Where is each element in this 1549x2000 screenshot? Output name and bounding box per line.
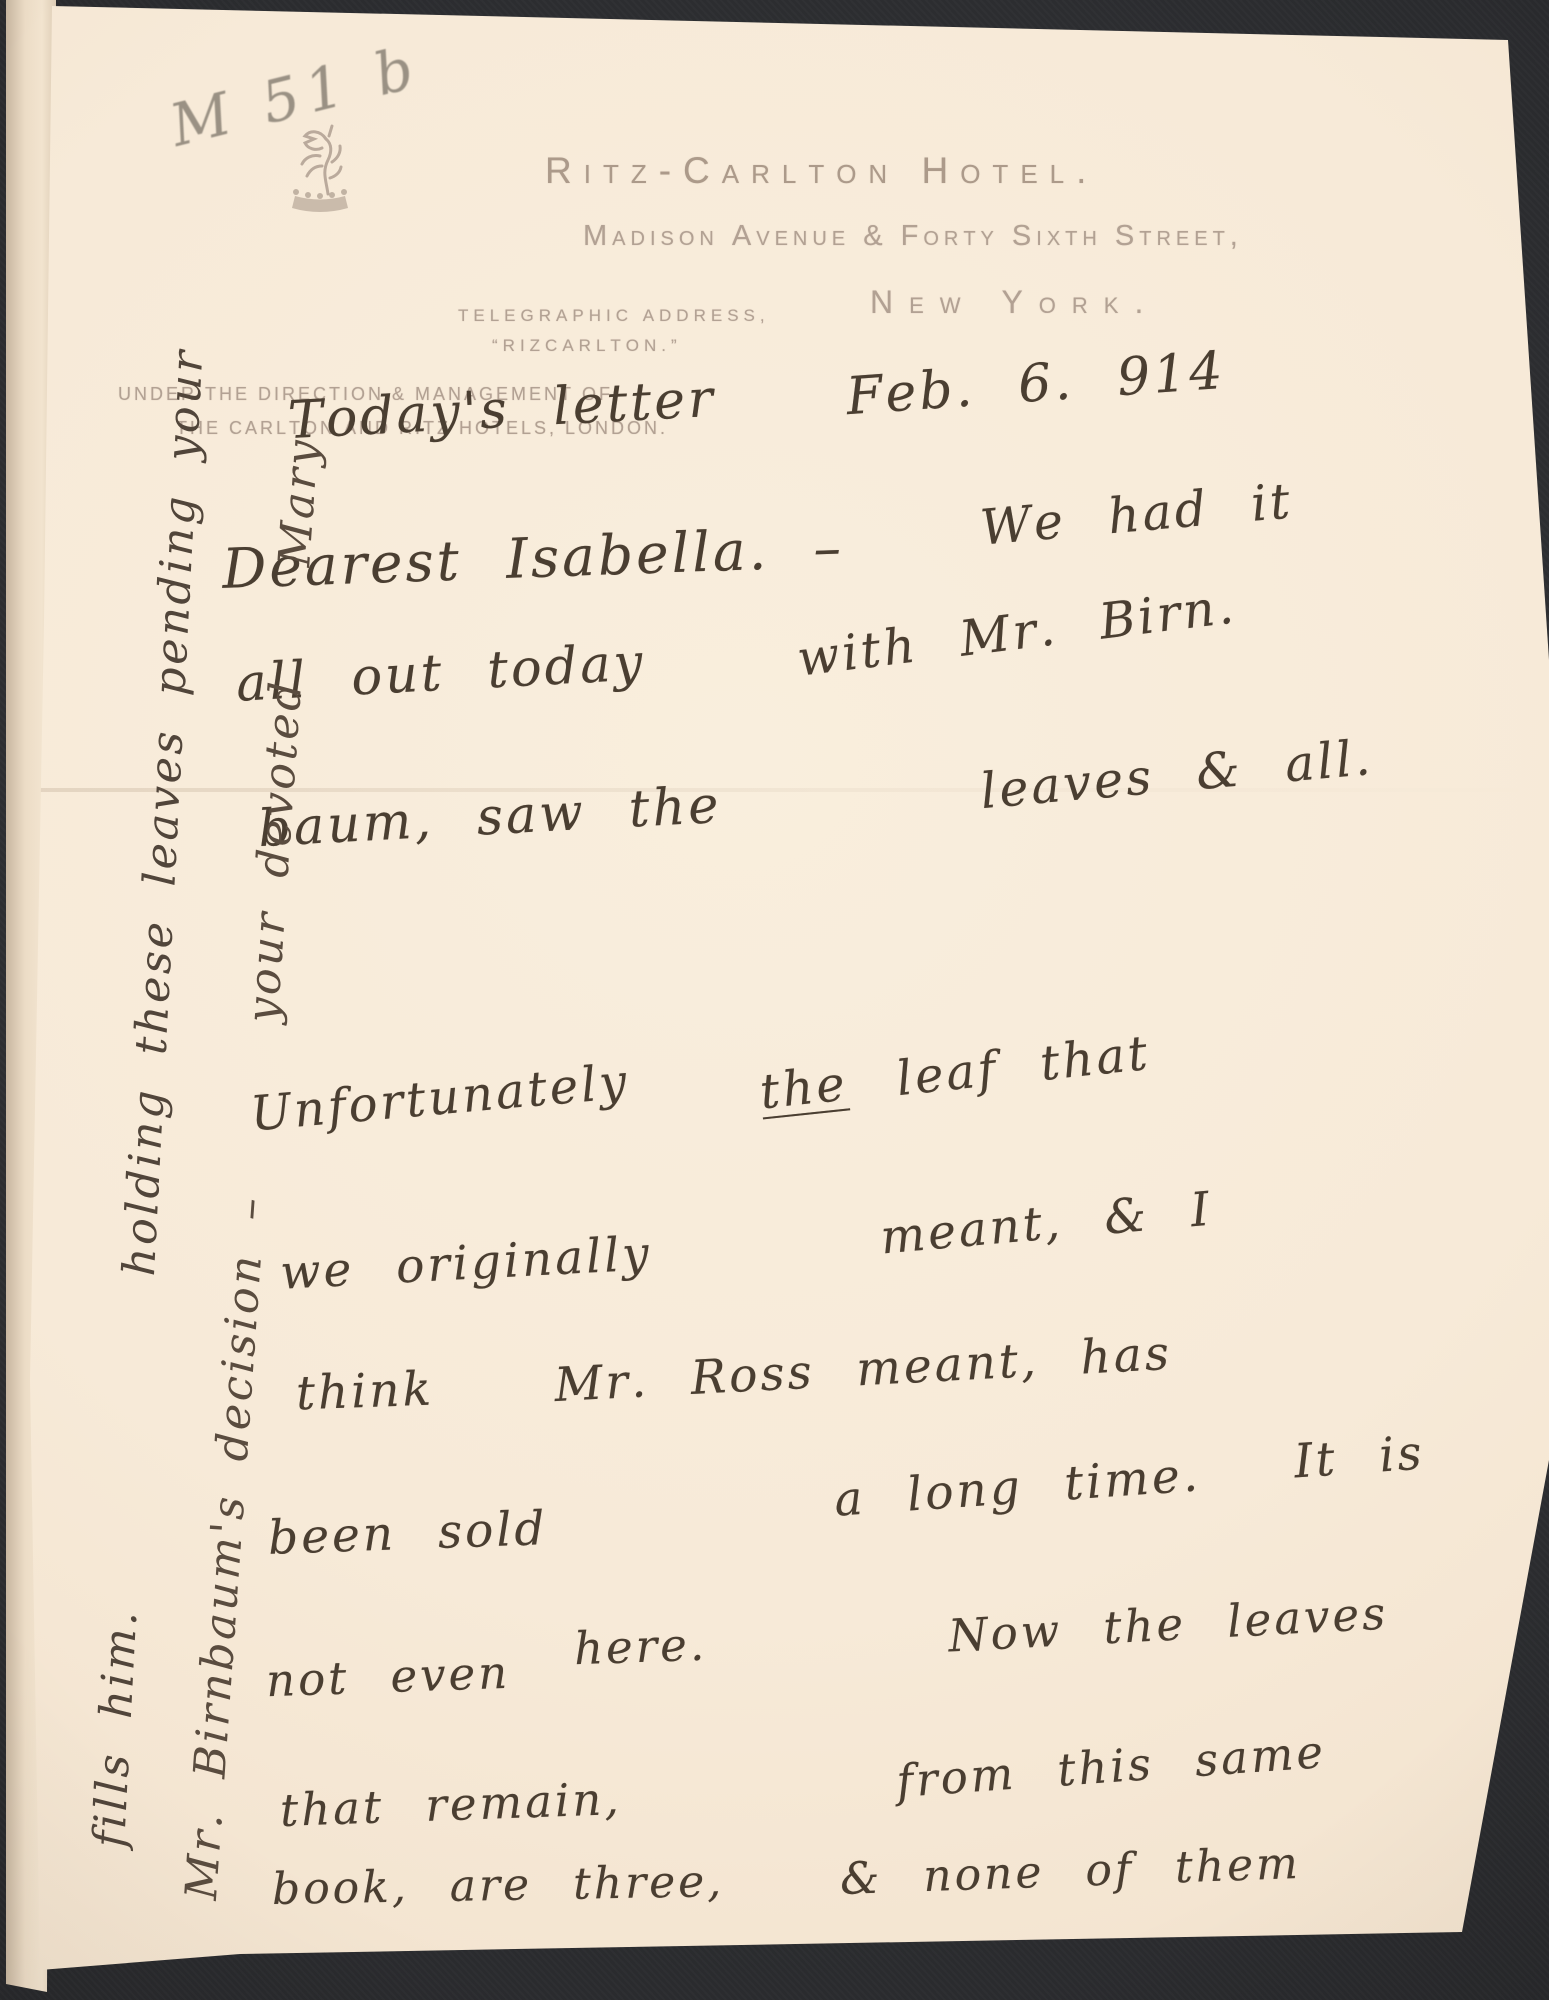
margin-note-signature: Mary bbox=[269, 436, 329, 568]
margin-note-text: Mr. Birnbaum's decision – bbox=[176, 1193, 276, 1901]
body-line-segment: leaves & all. bbox=[978, 729, 1375, 820]
body-line-segment: that remain, bbox=[279, 1772, 622, 1837]
body-line-segment: meant, & I bbox=[878, 1182, 1214, 1266]
body-line-segment: from this same bbox=[895, 1725, 1328, 1808]
body-line-segment: a long time. bbox=[833, 1447, 1203, 1527]
body-line-segment: Mr. Ross meant, has bbox=[553, 1326, 1173, 1413]
body-line-segment: Unfortunately bbox=[248, 1054, 631, 1143]
body-line-segment: book, are three, bbox=[272, 1856, 725, 1915]
margin-note-text: holding these leaves pending your bbox=[114, 347, 214, 1277]
telegraphic-address-value: “RIZCARLTON.” bbox=[492, 336, 682, 356]
street-line: Madison Avenue & Forty Sixth Street, bbox=[583, 220, 1243, 253]
demi-lion-coronet-crest-icon bbox=[272, 118, 368, 222]
body-line-segment: we originally bbox=[279, 1226, 653, 1300]
body-line-segment: think bbox=[295, 1362, 435, 1422]
telegraphic-address-label: TELEGRAPHIC ADDRESS, bbox=[458, 306, 770, 326]
body-line-segment: leaf that bbox=[894, 1025, 1153, 1107]
photographed-letter-scan: M 51 b Ritz-Carlton Hotel bbox=[0, 0, 1549, 2000]
body-line-segment: been sold bbox=[267, 1501, 548, 1566]
margin-note-text: fills him. bbox=[84, 1607, 147, 1849]
underlined-word: the bbox=[757, 1056, 850, 1121]
city-line: New York. bbox=[870, 284, 1159, 321]
body-line-segment: & none of them bbox=[839, 1838, 1301, 1905]
hotel-name: Ritz-Carlton Hotel. bbox=[545, 150, 1098, 192]
body-line-segment: with Mr. Birn. bbox=[794, 577, 1239, 687]
body-line-segment: Now the leaves bbox=[947, 1587, 1389, 1663]
letter-page: M 51 b Ritz-Carlton Hotel bbox=[0, 0, 1549, 2000]
heading-date: Feb. 6. 914 bbox=[844, 341, 1227, 427]
body-line-segment: here. bbox=[573, 1618, 708, 1676]
body-line-segment: We had it bbox=[978, 472, 1295, 556]
body-line-segment: It is bbox=[1292, 1426, 1426, 1490]
body-line-segment: not even bbox=[265, 1646, 511, 1707]
